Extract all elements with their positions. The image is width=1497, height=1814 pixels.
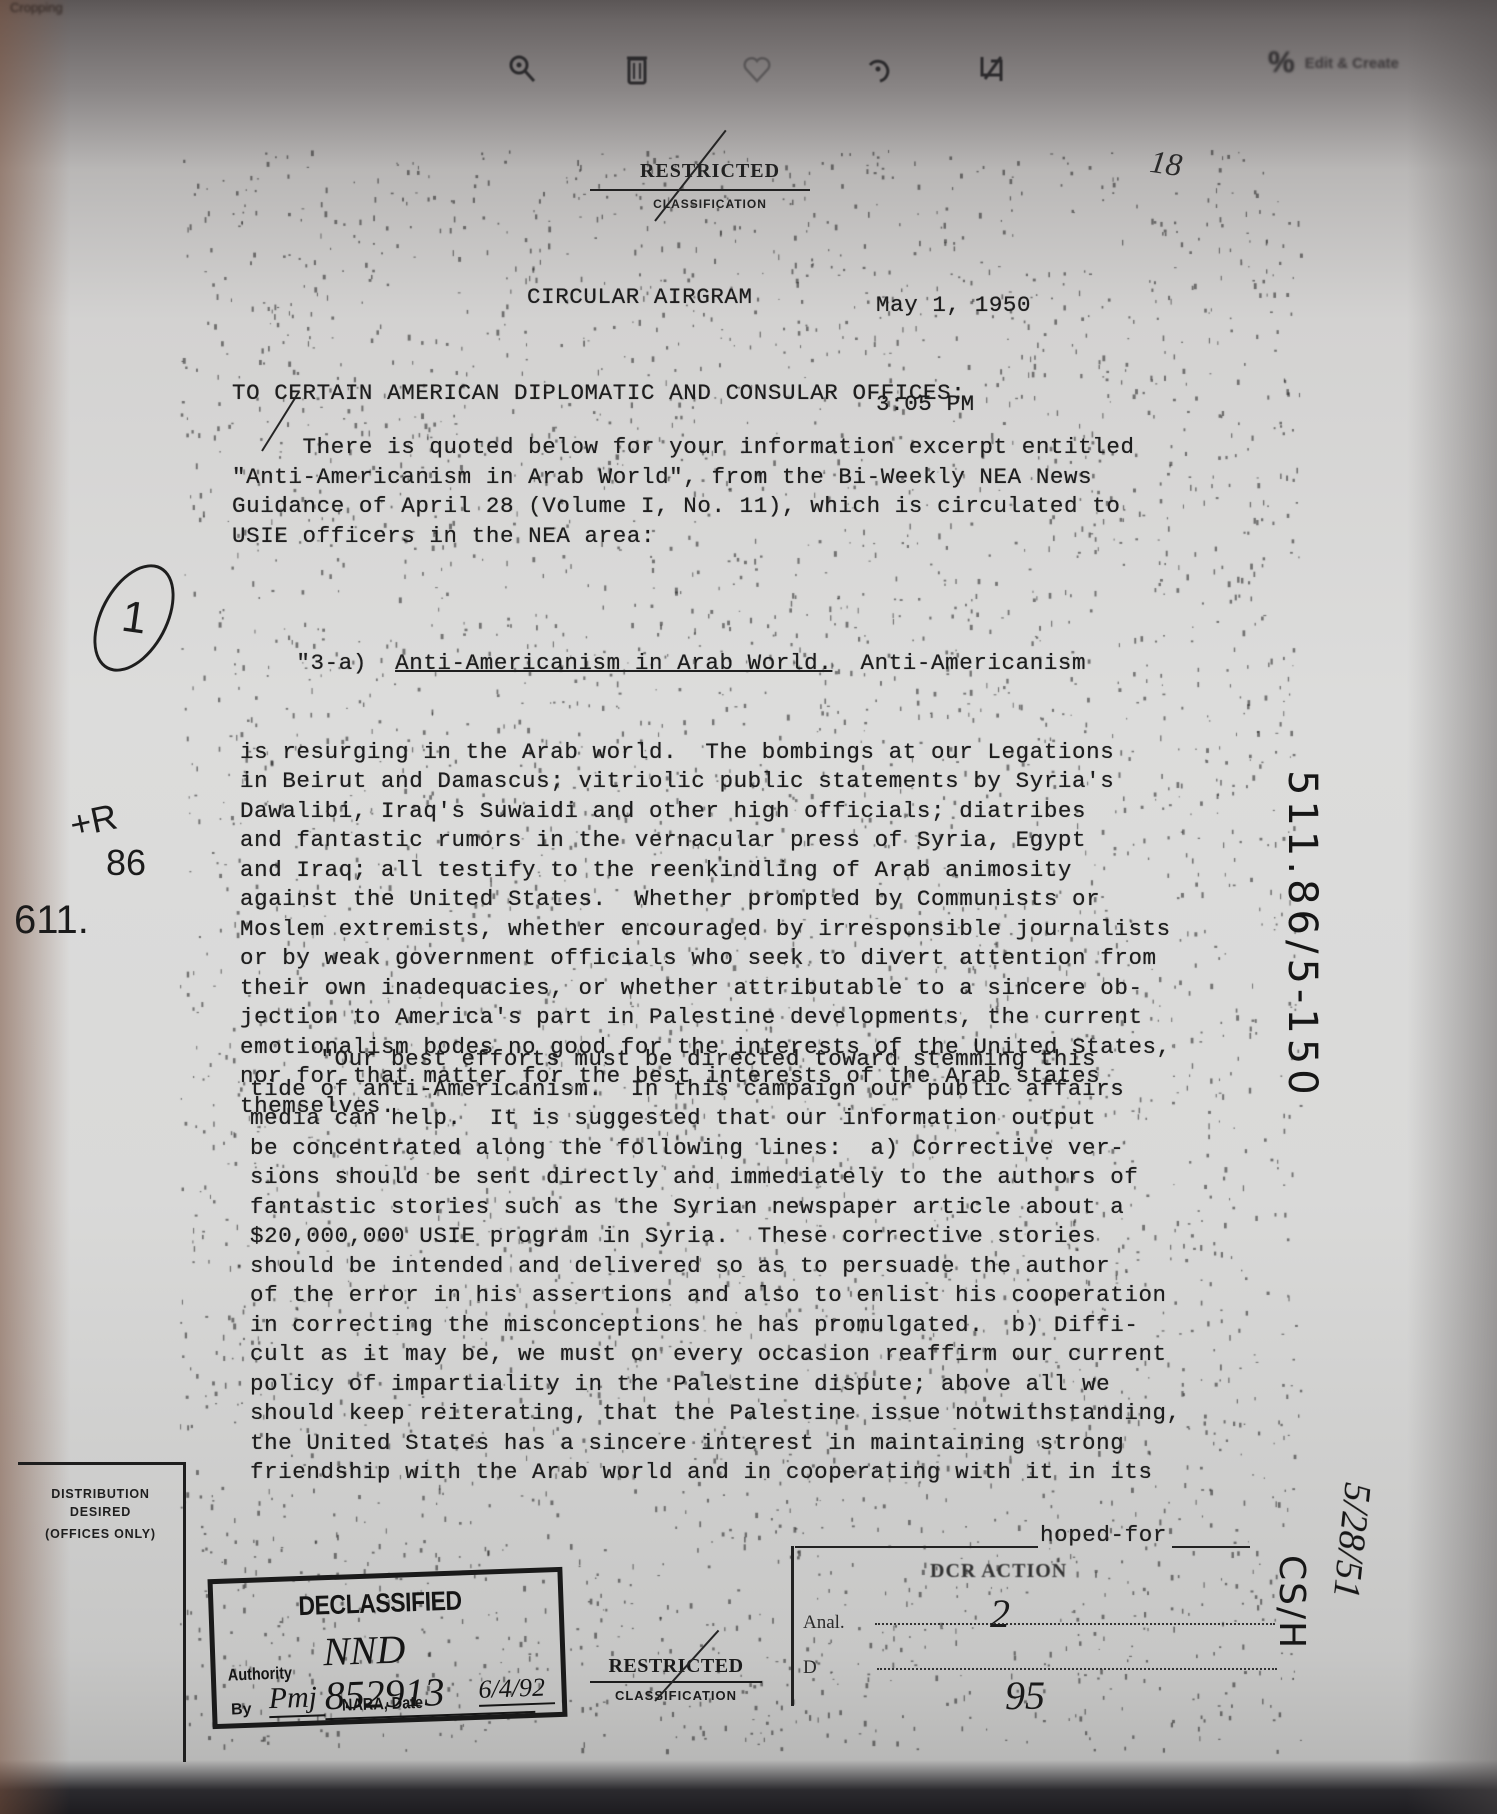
- text-line: the United States has a sincere interest…: [250, 1429, 1181, 1459]
- text-line: and fantastic rumors in the vernacular p…: [240, 826, 1171, 856]
- text-line: should be intended and delivered so as t…: [250, 1252, 1181, 1282]
- text-line: Guidance of April 28 (Volume I, No. 11),…: [232, 492, 1135, 522]
- continuation-rule: [1172, 1546, 1250, 1548]
- top-classification: RESTRICTED CLASSIFICATION: [600, 160, 820, 211]
- second-paragraph: "Our best efforts must be directed towar…: [250, 1045, 1181, 1488]
- classification-word: RESTRICTED: [600, 160, 820, 183]
- text-line: fantastic stories such as the Syrian new…: [250, 1193, 1181, 1223]
- text-line: against the United States. Whether promp…: [240, 885, 1171, 915]
- text-line: in correcting the misconceptions he has …: [250, 1311, 1181, 1341]
- routing-value-anal: 2: [990, 1590, 1010, 1637]
- text-line: their own inadequacies, or whether attri…: [240, 974, 1171, 1004]
- section-3a-first-line: "3-a) Anti-Americanism in Arab World. An…: [240, 649, 1171, 679]
- nara-date-label: NARA, Date: [342, 1693, 424, 1716]
- circled-number-annotation: 1: [77, 551, 191, 685]
- declassified-heading: DECLASSIFIED: [298, 1585, 462, 1622]
- handwritten-file-code-base: 611.: [14, 898, 89, 943]
- text-line: of the error in his assertions and also …: [250, 1281, 1181, 1311]
- text-line: "Our best efforts must be directed towar…: [250, 1045, 1181, 1075]
- text-line: policy of impartiality in the Palestine …: [250, 1370, 1181, 1400]
- handwritten-file-code-top: +R: [66, 796, 121, 847]
- text-line: or by weak government officials who seek…: [240, 944, 1171, 974]
- cs-h-stamp: CS/H: [1271, 1555, 1312, 1650]
- section-heading: Anti-Americanism in Arab World.: [395, 650, 832, 676]
- document-page: RESTRICTED CLASSIFICATION 18 May 1, 1950…: [0, 0, 1497, 1790]
- routing-heading: DCR ACTION: [930, 1560, 1067, 1583]
- text-line: friendship with the Arab world and in co…: [250, 1458, 1181, 1488]
- addressee-line: TO CERTAIN AMERICAN DIPLOMATIC AND CONSU…: [232, 380, 965, 406]
- page-number: 18: [1148, 143, 1185, 184]
- vertical-file-number: 511.86/5-150: [1265, 770, 1325, 1170]
- routing-row-anal: Anal.: [803, 1612, 1275, 1634]
- declassified-date: 6/4/92: [478, 1672, 555, 1707]
- distribution-box: DISTRIBUTION DESIRED (OFFICES ONLY): [18, 1462, 186, 1762]
- text-line: jection to America's part in Palestine d…: [240, 1003, 1171, 1033]
- text-line: cult as it may be, we must on every occa…: [250, 1340, 1181, 1370]
- intro-paragraph: There is quoted below for your informati…: [232, 433, 1135, 551]
- classification-label: CLASSIFICATION: [600, 197, 820, 211]
- text-line: and Iraq; all testify to the reenkindlin…: [240, 856, 1171, 886]
- handwritten-file-code-mid: 86: [106, 842, 146, 884]
- document-title: CIRCULAR AIRGRAM: [527, 284, 753, 310]
- routing-value-d: 95: [1005, 1672, 1045, 1719]
- by-value: Pmj: [268, 1680, 325, 1718]
- classification-rule: [590, 189, 810, 191]
- by-label: By: [231, 1701, 252, 1720]
- continuation-rule: [795, 1546, 1038, 1548]
- text-line: There is quoted below for your informati…: [232, 433, 1135, 463]
- text-line: $20,000,000 USIE program in Syria. These…: [250, 1222, 1181, 1252]
- text-line: Dawalibi, Iraq's Suwaidi and other high …: [240, 797, 1171, 827]
- declassified-stamp: DECLASSIFIED NND 852913 Authority By Pmj…: [207, 1567, 567, 1729]
- text-line: in Beirut and Damascus; vitriolic public…: [240, 767, 1171, 797]
- text-line: is resurging in the Arab world. The bomb…: [240, 738, 1171, 768]
- text-line: sions should be sent directly and immedi…: [250, 1163, 1181, 1193]
- text-line: media can help. It is suggested that our…: [250, 1104, 1181, 1134]
- text-line: be concentrated along the following line…: [250, 1134, 1181, 1164]
- text-line: Moslem extremists, whether encouraged by…: [240, 915, 1171, 945]
- continuation-text: hoped-for: [1040, 1522, 1167, 1548]
- classification-rule: [590, 1681, 762, 1683]
- text-line: USIE officers in the NEA area:: [232, 522, 1135, 552]
- routing-box-border: [791, 1546, 794, 1706]
- classification-label: CLASSIFICATION: [590, 1688, 762, 1703]
- text-line: should keep reiterating, that the Palest…: [250, 1399, 1181, 1429]
- text-line: "Anti-Americanism in Arab World", from t…: [232, 463, 1135, 493]
- text-line: tide of anti-Americanism. In this campai…: [250, 1075, 1181, 1105]
- document-date: May 1, 1950: [876, 289, 1031, 322]
- handwritten-date-annotation: 5/28/51: [1324, 1481, 1380, 1601]
